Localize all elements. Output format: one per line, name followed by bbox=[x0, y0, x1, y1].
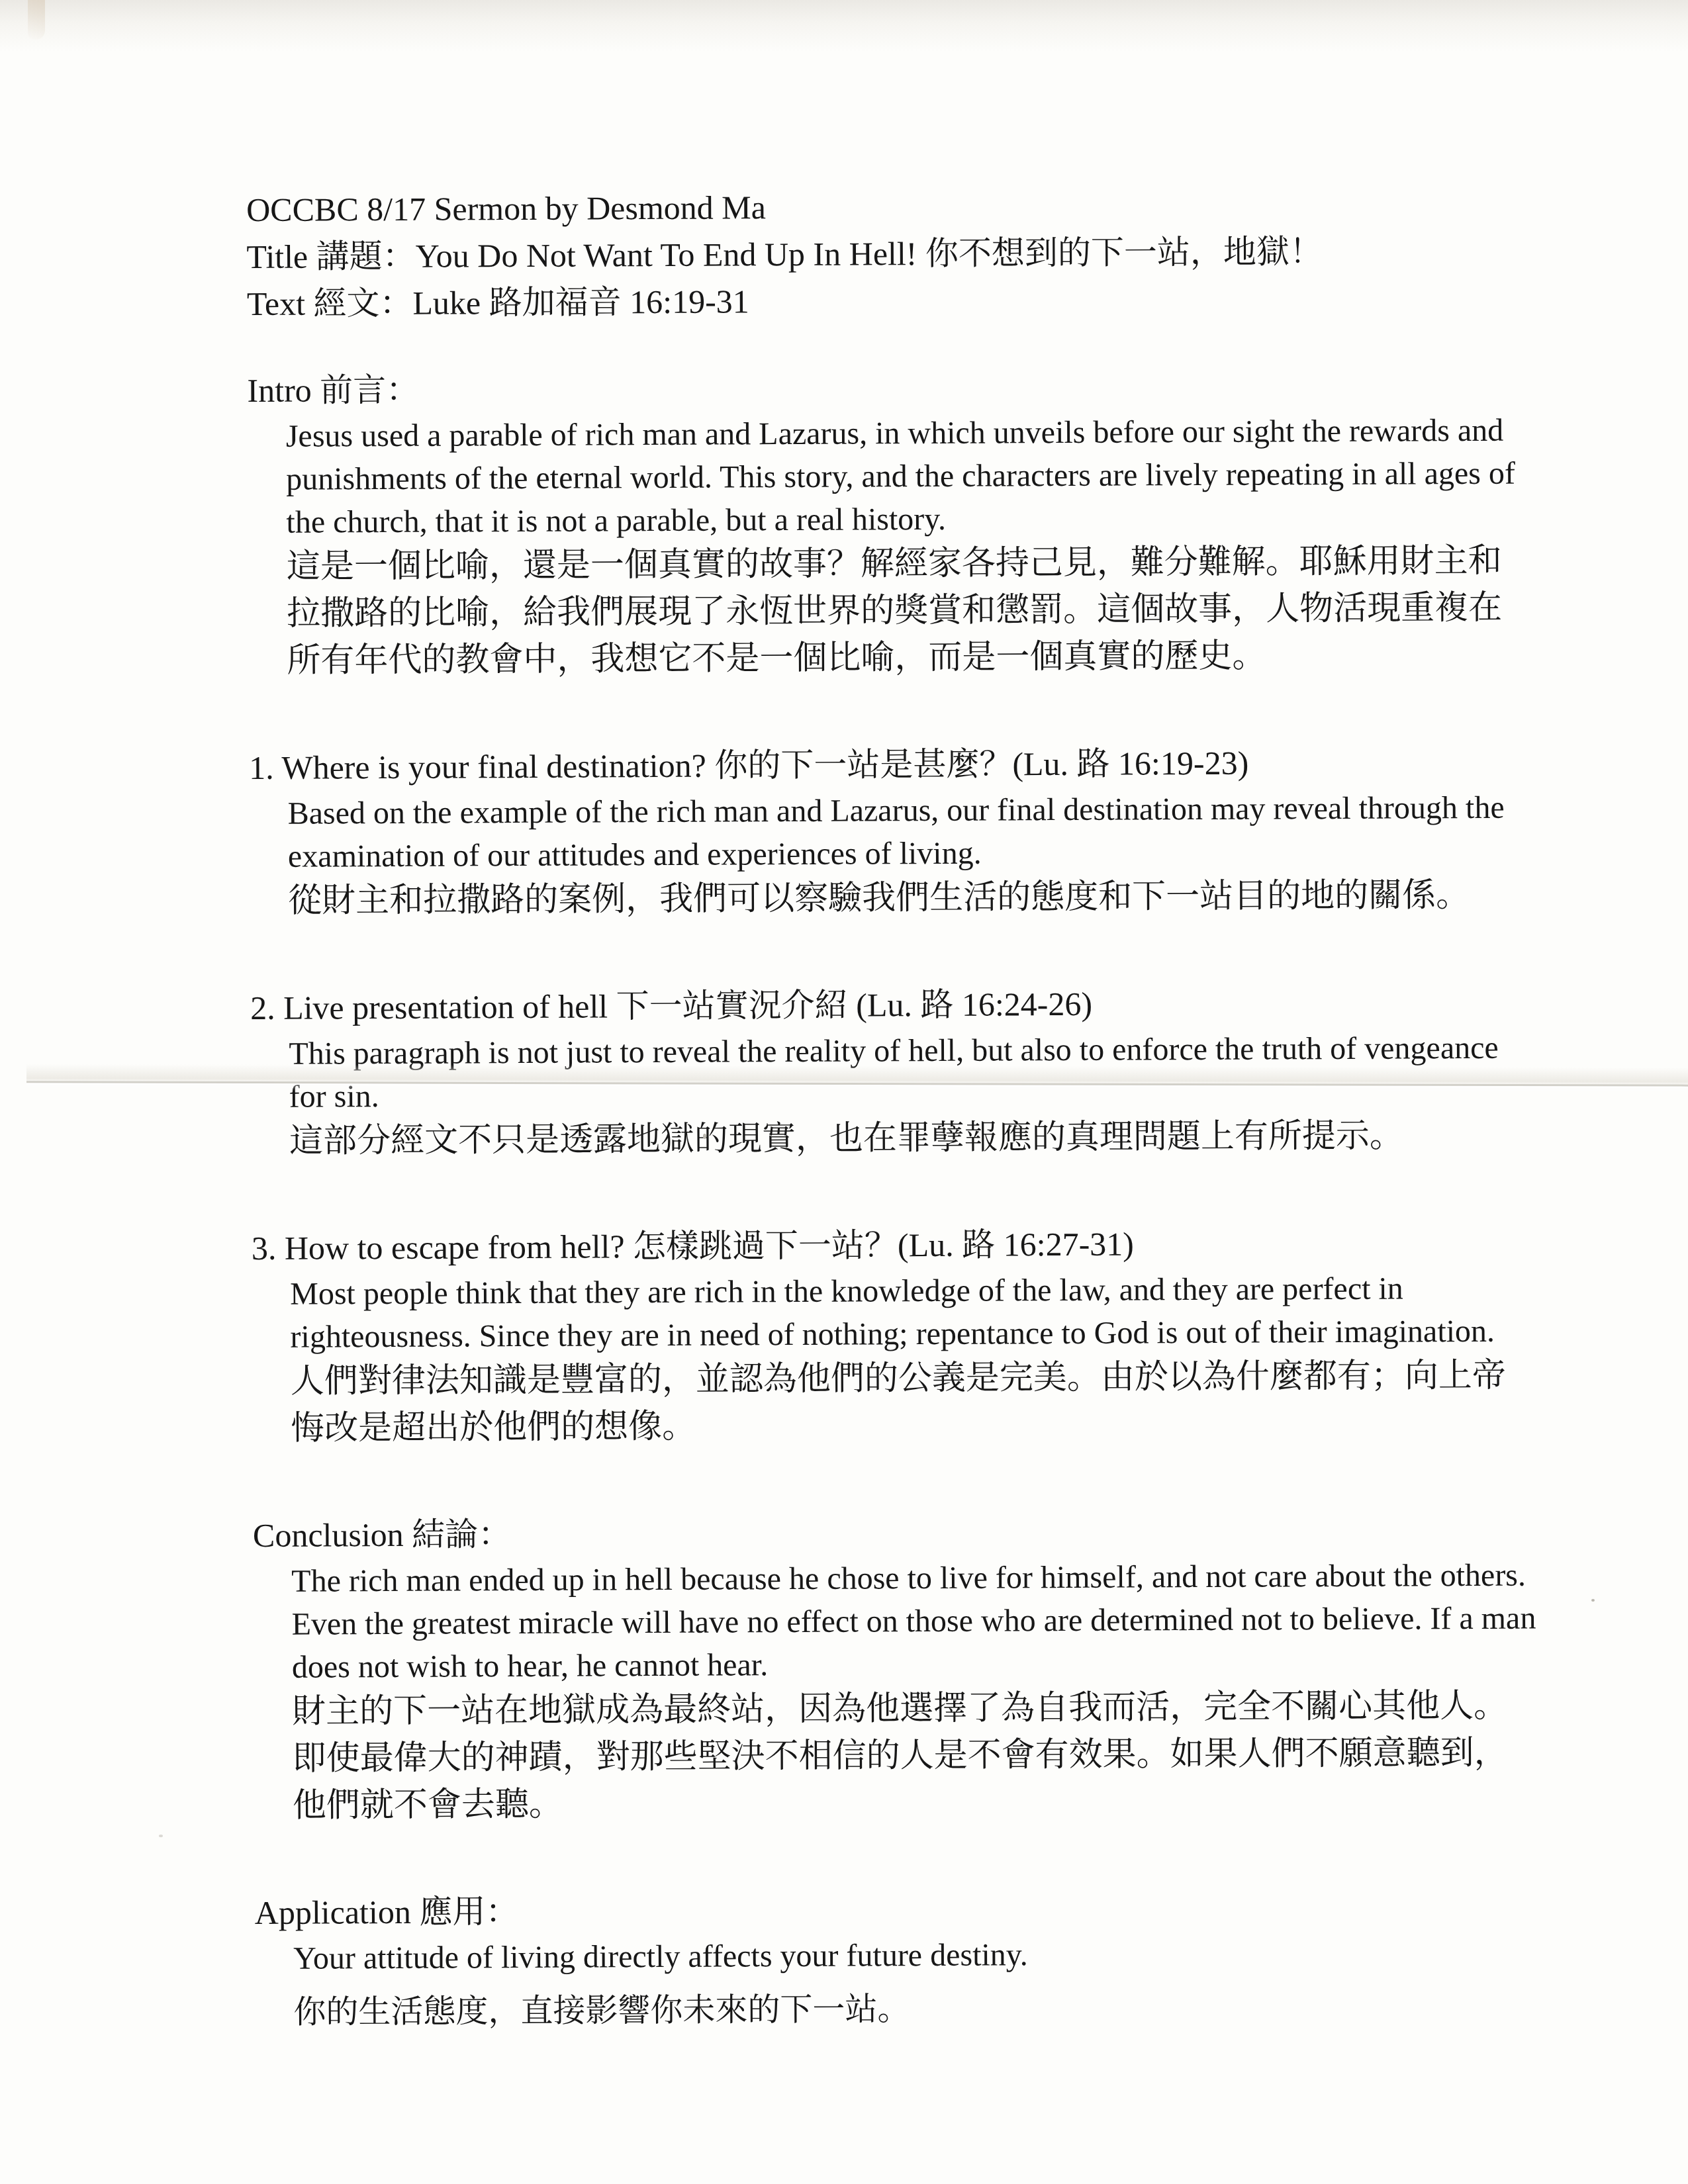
header-title-line: OCCBC 8/17 Sermon by Desmond Ma bbox=[246, 181, 1530, 234]
document-content: OCCBC 8/17 Sermon by Desmond Ma Title 講題… bbox=[246, 181, 1540, 2036]
header-scripture-line: Text 經文：Luke 路加福音 16:19-31 bbox=[247, 275, 1531, 328]
paragraph-english: This paragraph is not just to reveal the… bbox=[289, 1026, 1535, 1118]
section-intro: Intro 前言： Jesus used a parable of rich m… bbox=[247, 361, 1532, 685]
paragraph-english: Your attitude of living directly affects… bbox=[293, 1931, 1539, 1979]
paragraph-chinese: 從財主和拉撒路的案例，我們可以察驗我們生活的態度和下一站目的地的關係。 bbox=[288, 872, 1534, 925]
paragraph-chinese: 你的生活態度，直接影響你未來的下一站。 bbox=[293, 1983, 1539, 2035]
section-point-1: 1. Where is your final destination? 你的下一… bbox=[249, 739, 1534, 925]
header-sermon-title-line: Title 講題：You Do Not Want To End Up In He… bbox=[246, 228, 1530, 281]
paragraph-chinese: 這是一個比喻，還是一個真實的故事？解經家各持己見，難分難解。耶穌用財主和拉撒路的… bbox=[287, 538, 1533, 685]
section-conclusion: Conclusion 結論： The rich man ended up in … bbox=[253, 1506, 1538, 1829]
paragraph-chinese: 財主的下一站在地獄成為最終站，因為他選擇了為自我而活，完全不關心其他人。即使最偉… bbox=[292, 1682, 1538, 1829]
document-header: OCCBC 8/17 Sermon by Desmond Ma Title 講題… bbox=[246, 181, 1531, 328]
paragraph-english: Jesus used a parable of rich man and Laz… bbox=[286, 409, 1532, 544]
paragraph-english: Based on the example of the rich man and… bbox=[287, 786, 1534, 878]
section-point-3: 3. How to escape from hell? 怎樣跳過下一站？(Lu.… bbox=[252, 1219, 1537, 1453]
scanned-document-page: OCCBC 8/17 Sermon by Desmond Ma Title 講題… bbox=[0, 0, 1688, 2184]
section-heading: 2. Live presentation of hell 下一站實況介紹 (Lu… bbox=[250, 979, 1534, 1031]
paragraph-chinese: 人們對律法知識是豐富的，並認為他們的公義是完美。由於以為什麼都有；向上帝悔改是超… bbox=[291, 1352, 1537, 1452]
scan-speck bbox=[159, 1835, 163, 1837]
scan-corner-smudge bbox=[28, 0, 45, 40]
paragraph-english: The rich man ended up in hell because he… bbox=[291, 1553, 1538, 1688]
section-heading: Intro 前言： bbox=[247, 361, 1531, 414]
section-application: Application 應用： Your attitude of living … bbox=[255, 1883, 1540, 2035]
section-heading: Application 應用： bbox=[255, 1883, 1539, 1935]
paragraph-chinese: 這部分經文不只是透露地獄的現實，也在罪孽報應的真理問題上有所提示。 bbox=[289, 1113, 1535, 1165]
scan-speck bbox=[1591, 1599, 1595, 1602]
section-heading: 3. How to escape from hell? 怎樣跳過下一站？(Lu.… bbox=[252, 1219, 1536, 1271]
section-heading: Conclusion 結論： bbox=[253, 1506, 1537, 1558]
scan-top-edge-shadow bbox=[0, 0, 1688, 52]
section-point-2: 2. Live presentation of hell 下一站實況介紹 (Lu… bbox=[250, 979, 1535, 1165]
section-heading: 1. Where is your final destination? 你的下一… bbox=[249, 739, 1533, 791]
paragraph-english: Most people think that they are rich in … bbox=[290, 1266, 1536, 1358]
